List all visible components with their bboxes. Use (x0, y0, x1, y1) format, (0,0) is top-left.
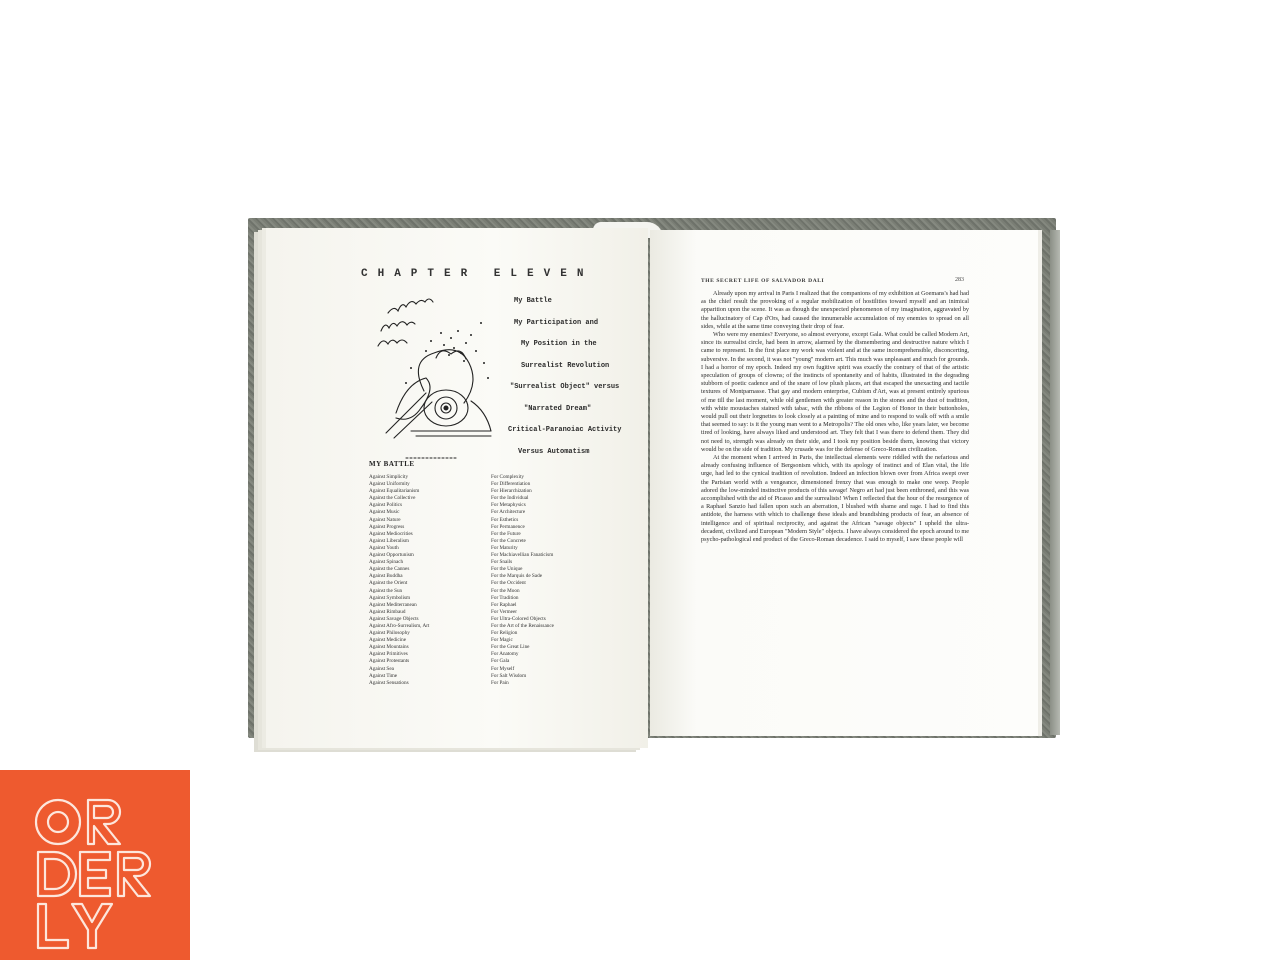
against-item: Against Rimbaud (369, 609, 494, 616)
against-item: Against Music (369, 509, 494, 516)
for-item: For Permanence (491, 524, 631, 531)
against-item: Against Uniformity (369, 481, 494, 488)
body-text: Already upon my arrival in Paris I reali… (701, 290, 969, 544)
for-item: For Religion (491, 630, 631, 637)
against-item: Against Protestants (369, 658, 494, 665)
against-item: Against Politics (369, 502, 494, 509)
for-item: For the Unique (491, 566, 631, 573)
for-item: For the Art of the Renaissance (491, 623, 631, 630)
against-item: Against Mediocrities (369, 531, 494, 538)
against-item: Against Mediterranean (369, 602, 494, 609)
against-item: Against Mountains (369, 644, 494, 651)
paragraph: Who were my enemies? Everyone, so almost… (701, 331, 969, 454)
for-item: For Raphael (491, 602, 631, 609)
against-item: Against the Collective (369, 495, 494, 502)
for-column: For Complexity For Differentiation For H… (491, 474, 631, 687)
against-item: Against Primitives (369, 651, 494, 658)
against-item: Against Spinach (369, 559, 494, 566)
for-item: For Myself (491, 666, 631, 673)
against-item: Against Sea (369, 666, 494, 673)
open-book: CHAPTER ELEVEN (248, 218, 1060, 743)
my-battle-heading: MY BATTLE (369, 460, 415, 468)
contents-line: "Narrated Dream" (496, 399, 656, 421)
against-item: Against Opportunism (369, 552, 494, 559)
telephone-sketch-illustration (366, 283, 496, 468)
for-item: For Metaphysics (491, 502, 631, 509)
for-item: For Ultra-Colored Objects (491, 616, 631, 623)
against-item: Against Youth (369, 545, 494, 552)
for-item: For the Marquis de Sade (491, 573, 631, 580)
for-item: For Esthetics (491, 517, 631, 524)
against-item: Against Sensations (369, 680, 494, 687)
contents-line: My Position in the (496, 334, 656, 356)
for-item: For Gala (491, 658, 631, 665)
against-item: Against Progress (369, 524, 494, 531)
for-item: For Anatomy (491, 651, 631, 658)
contents-line: My Participation and (496, 313, 656, 335)
against-item: Against the Sun (369, 588, 494, 595)
for-item: For Snails (491, 559, 631, 566)
against-item: Against Afro-Surrealism, Art (369, 623, 494, 630)
contents-line: My Battle (496, 291, 656, 313)
paragraph: Already upon my arrival in Paris I reali… (701, 290, 969, 331)
for-item: For Salt Wisdom (491, 673, 631, 680)
for-item: For Machiavellian Fanaticism (491, 552, 631, 559)
for-item: For the Future (491, 531, 631, 538)
against-item: Against Equalitarianism (369, 488, 494, 495)
paragraph: At the moment when I arrived in Paris, t… (701, 454, 969, 544)
for-item: For Vermeer (491, 609, 631, 616)
contents-line: Critical-Paranoiac Activity (496, 420, 656, 442)
against-column: Against Simplicity Against Uniformity Ag… (369, 474, 494, 687)
for-item: For the Individual (491, 495, 631, 502)
page-number: 283 (955, 277, 964, 283)
for-item: For Maturity (491, 545, 631, 552)
orderly-logo: ORDERLY (0, 770, 190, 960)
for-item: For Pain (491, 680, 631, 687)
chapter-title: CHAPTER ELEVEN (361, 268, 593, 280)
orderly-logo-icon (0, 770, 190, 960)
for-item: For the Great Line (491, 644, 631, 651)
running-head: THE SECRET LIFE OF SALVADOR DALI (701, 278, 824, 284)
for-item: For the Occident (491, 580, 631, 587)
right-page: THE SECRET LIFE OF SALVADOR DALI 283 Alr… (650, 230, 1038, 736)
contents-line: "Surrealist Object" versus (496, 377, 656, 399)
against-item: Against Symbolism (369, 595, 494, 602)
contents-line: Versus Automatism (496, 442, 656, 464)
for-item: For the Moon (491, 588, 631, 595)
for-item: For the Concrete (491, 538, 631, 545)
against-item: Against Medicine (369, 637, 494, 644)
against-item: Against Time (369, 673, 494, 680)
for-item: For Hierarchization (491, 488, 631, 495)
left-page: CHAPTER ELEVEN (266, 228, 648, 748)
cover-edge (1050, 230, 1060, 735)
against-item: Against Nature (369, 517, 494, 524)
contents-line: Surrealist Revolution (496, 356, 656, 378)
against-item: Against the Orient (369, 580, 494, 587)
against-item: Against Savage Objects (369, 616, 494, 623)
against-item: Against Buddha (369, 573, 494, 580)
for-item: For Tradition (491, 595, 631, 602)
for-item: For Magic (491, 637, 631, 644)
against-item: Against Liberalism (369, 538, 494, 545)
chapter-contents-list: My Battle My Participation and My Positi… (496, 291, 656, 463)
against-item: Against the Cannes (369, 566, 494, 573)
against-item: Against Philosophy (369, 630, 494, 637)
for-item: For Architecture (491, 509, 631, 516)
for-item: For Differentiation (491, 481, 631, 488)
